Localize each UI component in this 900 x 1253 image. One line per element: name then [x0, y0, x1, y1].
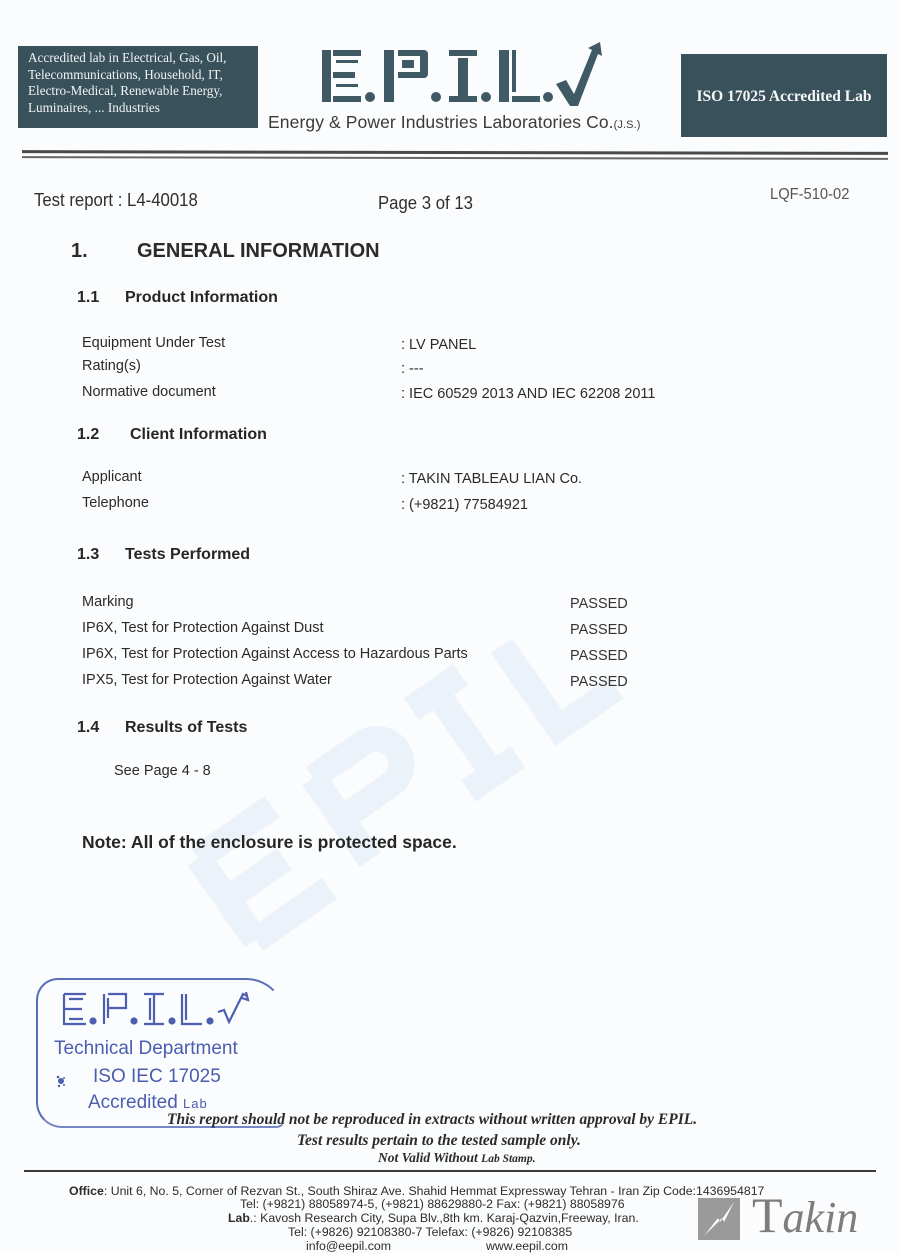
lab-address: Lab.: Kavosh Research City, Supa Blv.,8t… [228, 1211, 639, 1225]
disclaimer-stamp: Not Valid Without Lab Stamp. [378, 1150, 535, 1166]
field-value-normative-document: : IEC 60529 2013 AND IEC 62208 2011 [401, 386, 655, 402]
office-text: : Unit 6, No. 5, Corner of Rezvan St., S… [104, 1184, 765, 1198]
section-number: 1. [71, 240, 88, 263]
page-number: Page 3 of 13 [378, 193, 473, 214]
subsection-title-product-info: Product Information [125, 289, 278, 307]
subsection-title-results: Results of Tests [125, 719, 247, 737]
field-value-equipment: : LV PANEL [401, 337, 476, 353]
test-result: PASSED [570, 674, 628, 690]
accreditation-line: Electro-Medical, Renewable Energy, [28, 83, 250, 100]
section-title: GENERAL INFORMATION [137, 240, 380, 263]
test-result: PASSED [570, 648, 628, 664]
lab-name: Energy & Power Industries Laboratories C… [268, 112, 641, 133]
field-label-normative-document: Normative document [82, 384, 216, 400]
results-reference: See Page 4 - 8 [114, 763, 211, 779]
report-number: Test report : L4-40018 [34, 190, 198, 211]
epil-logo-icon [318, 40, 608, 112]
lab-phone: Tel: (+9826) 92108380-7 Telefax: (+9826)… [288, 1225, 572, 1239]
subsection-number: 1.4 [77, 719, 99, 737]
subsection-title-tests-performed: Tests Performed [125, 546, 250, 564]
lab-text: .: Kavosh Research City, Supa Blv.,8th k… [250, 1211, 639, 1225]
accreditation-banner: Accredited lab in Electrical, Gas, Oil, … [18, 46, 258, 128]
subsection-number: 1.1 [77, 289, 99, 307]
stamp-accredited-main: Accredited [88, 1092, 183, 1113]
subsection-number: 1.2 [77, 426, 99, 444]
field-label-applicant: Applicant [82, 469, 142, 485]
epil-logo [318, 40, 608, 112]
website-link[interactable]: www.eepil.com [486, 1239, 568, 1253]
takin-initial: T [752, 1187, 783, 1243]
field-label-telephone: Telephone [82, 495, 149, 511]
form-code: LQF-510-02 [770, 186, 849, 204]
stamp-department: Technical Department [54, 1038, 238, 1060]
lab-stamp: Technical Department ISO IEC 17025 Accre… [36, 978, 286, 1128]
stamp-logo [60, 990, 260, 1028]
accreditation-line: Accredited lab in Electrical, Gas, Oil, [28, 50, 250, 67]
test-name: IP6X, Test for Protection Against Dust [82, 620, 324, 636]
subsection-number: 1.3 [77, 546, 99, 564]
test-result: PASSED [570, 596, 628, 612]
disclaimer-stamp-a: Not Valid Without [378, 1150, 481, 1165]
watermark-logo-icon [120, 520, 760, 980]
takin-brand: Takin [752, 1186, 858, 1244]
lab-name-main: Energy & Power Industries Laboratories C… [268, 112, 614, 132]
lab-name-suffix: (J.S.) [614, 119, 641, 131]
field-label-ratings: Rating(s) [82, 358, 141, 374]
subsection-title-client-info: Client Information [130, 426, 267, 444]
takin-rest: akin [783, 1193, 859, 1242]
stamp-accredited-lab: Lab [183, 1096, 208, 1111]
takin-lightning-logo-icon [698, 1198, 740, 1240]
iso-badge-text: ISO 17025 Accredited Lab [697, 88, 872, 106]
iso-accredited-badge: ISO 17025 Accredited Lab [681, 54, 887, 137]
test-result: PASSED [570, 622, 628, 638]
field-value-applicant: : TAKIN TABLEAU LIAN Co. [401, 471, 582, 487]
office-address: Office: Unit 6, No. 5, Corner of Rezvan … [69, 1184, 764, 1198]
stamp-epil-logo-icon [60, 990, 260, 1028]
test-name: Marking [82, 594, 134, 610]
field-label-equipment: Equipment Under Test [82, 335, 225, 351]
office-label: Office [69, 1184, 104, 1198]
test-name: IP6X, Test for Protection Against Access… [82, 646, 468, 662]
accreditation-line: Luminaires, ... Industries [28, 100, 250, 117]
email-link[interactable]: info@eepil.com [306, 1239, 391, 1253]
enclosure-note: Note: All of the enclosure is protected … [82, 832, 457, 853]
disclaimer-reproduction: This report should not be reproduced in … [167, 1111, 697, 1129]
disclaimer-stamp-b: Lab Stamp. [481, 1153, 535, 1165]
office-phone: Tel: (+9821) 88058974-5, (+9821) 8862988… [240, 1197, 625, 1211]
field-value-telephone: : (+9821) 77584921 [401, 497, 528, 513]
footer-divider [24, 1170, 876, 1172]
lab-label: Lab [228, 1211, 250, 1225]
stamp-ink-splat-icon [55, 1074, 67, 1088]
header-divider [22, 156, 888, 160]
header-divider [22, 150, 888, 155]
stamp-iso: ISO IEC 17025 [93, 1066, 221, 1088]
accreditation-line: Telecommunications, Household, IT, [28, 67, 250, 84]
test-name: IPX5, Test for Protection Against Water [82, 672, 332, 688]
disclaimer-sample: Test results pertain to the tested sampl… [297, 1132, 581, 1150]
field-value-ratings: : --- [401, 361, 424, 377]
